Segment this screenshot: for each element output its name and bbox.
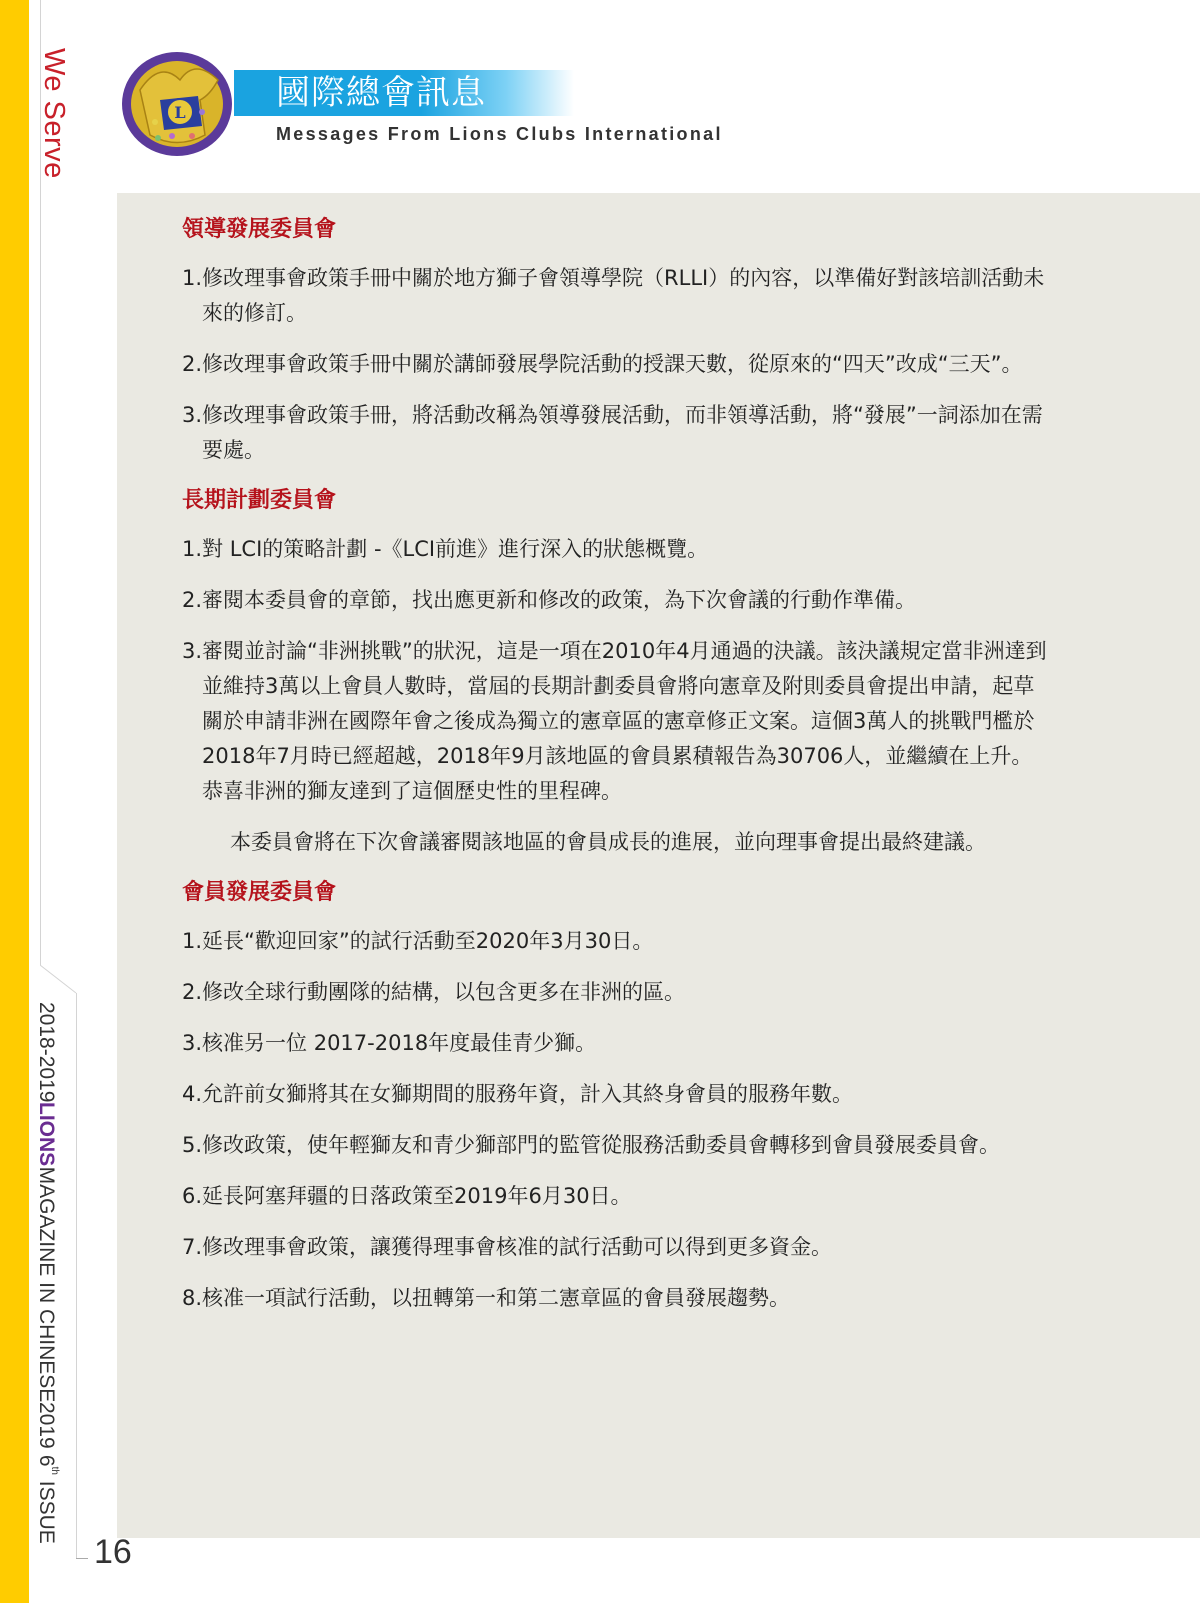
- spine-issue-year: 2019: [35, 1402, 58, 1449]
- list-item: 3.修改理事會政策手冊，將活動改稱為領導發展活動，而非領導活動，將“發展”一詞添…: [182, 398, 1052, 468]
- section-membership-development: 會員發展委員會 1.延長“歡迎回家”的試行活動至2020年3月30日。 2.修改…: [182, 876, 1052, 1316]
- list-item: 2.修改全球行動團隊的結構，以包含更多在非洲的區。: [182, 975, 1052, 1010]
- section-heading: 會員發展委員會: [182, 876, 1052, 910]
- accent-color-bar: [0, 0, 29, 1603]
- list-item: 5.修改政策，使年輕獅友和青少獅部門的監管從服務活動委員會轉移到會員發展委員會。: [182, 1128, 1052, 1163]
- spine-brand: LIONS: [35, 1102, 58, 1166]
- section-leadership-development: 領導發展委員會 1.修改理事會政策手冊中關於地方獅子會領導學院（RLLI）的內容…: [182, 213, 1052, 468]
- list-item: 8.核准一項試行活動，以扭轉第一和第二憲章區的會員發展趨勢。: [182, 1281, 1052, 1316]
- spine-issue-suffix: th: [49, 1467, 60, 1475]
- list-item: 3.核准另一位 2017-2018年度最佳青少獅。: [182, 1026, 1052, 1061]
- magazine-spine: 2018-2019LIONSMAGAZINE IN CHINESE2019 6t…: [36, 1002, 72, 1544]
- article-body: 領導發展委員會 1.修改理事會政策手冊中關於地方獅子會領導學院（RLLI）的內容…: [182, 213, 1052, 1332]
- list-item: 2.審閱本委員會的章節，找出應更新和修改的政策，為下次會議的行動作準備。: [182, 583, 1052, 618]
- page-subtitle: Messages From Lions Clubs International: [276, 124, 723, 145]
- page-number-tick: [76, 1558, 88, 1559]
- list-item: 1.對 LCI的策略計劃 -《LCI前進》進行深入的狀態概覽。: [182, 532, 1052, 567]
- section-heading: 長期計劃委員會: [182, 484, 1052, 518]
- list-item: 4.允許前女獅將其在女獅期間的服務年資，計入其終身會員的服務年數。: [182, 1077, 1052, 1112]
- page-number: 16: [94, 1533, 132, 1572]
- sidebar-divider-lower: [76, 993, 77, 1558]
- slogan: We Serve: [34, 48, 74, 179]
- list-item: 1.延長“歡迎回家”的試行活動至2020年3月30日。: [182, 924, 1052, 959]
- list-item: 3.審閱並討論“非洲挑戰”的狀況，這是一項在2010年4月通過的決議。該決議規定…: [182, 634, 1052, 809]
- spine-years: 2018-2019: [35, 1002, 58, 1102]
- page-title: 國際總會訊息: [276, 70, 486, 116]
- section-heading: 領導發展委員會: [182, 213, 1052, 247]
- spine-issue-number: 6: [35, 1455, 58, 1467]
- spine-title: MAGAZINE IN CHINESE: [35, 1167, 58, 1403]
- spine-issue-label: ISSUE: [35, 1481, 58, 1544]
- list-item: 7.修改理事會政策，讓獲得理事會核准的試行活動可以得到更多資金。: [182, 1230, 1052, 1265]
- section-long-range-planning: 長期計劃委員會 1.對 LCI的策略計劃 -《LCI前進》進行深入的狀態概覽。 …: [182, 484, 1052, 860]
- list-item: 2.修改理事會政策手冊中關於講師發展學院活動的授課天數，從原來的“四天”改成“三…: [182, 347, 1052, 382]
- list-item: 1.修改理事會政策手冊中關於地方獅子會領導學院（RLLI）的內容，以準備好對該培…: [182, 261, 1052, 331]
- svg-text:L: L: [174, 103, 185, 122]
- lions-emblem-icon: L: [120, 50, 234, 158]
- section-note: 本委員會將在下次會議審閱該地區的會員成長的進展，並向理事會提出最終建議。: [182, 825, 1052, 860]
- sidebar-divider-bend: [40, 965, 80, 995]
- list-item: 6.延長阿塞拜疆的日落政策至2019年6月30日。: [182, 1179, 1052, 1214]
